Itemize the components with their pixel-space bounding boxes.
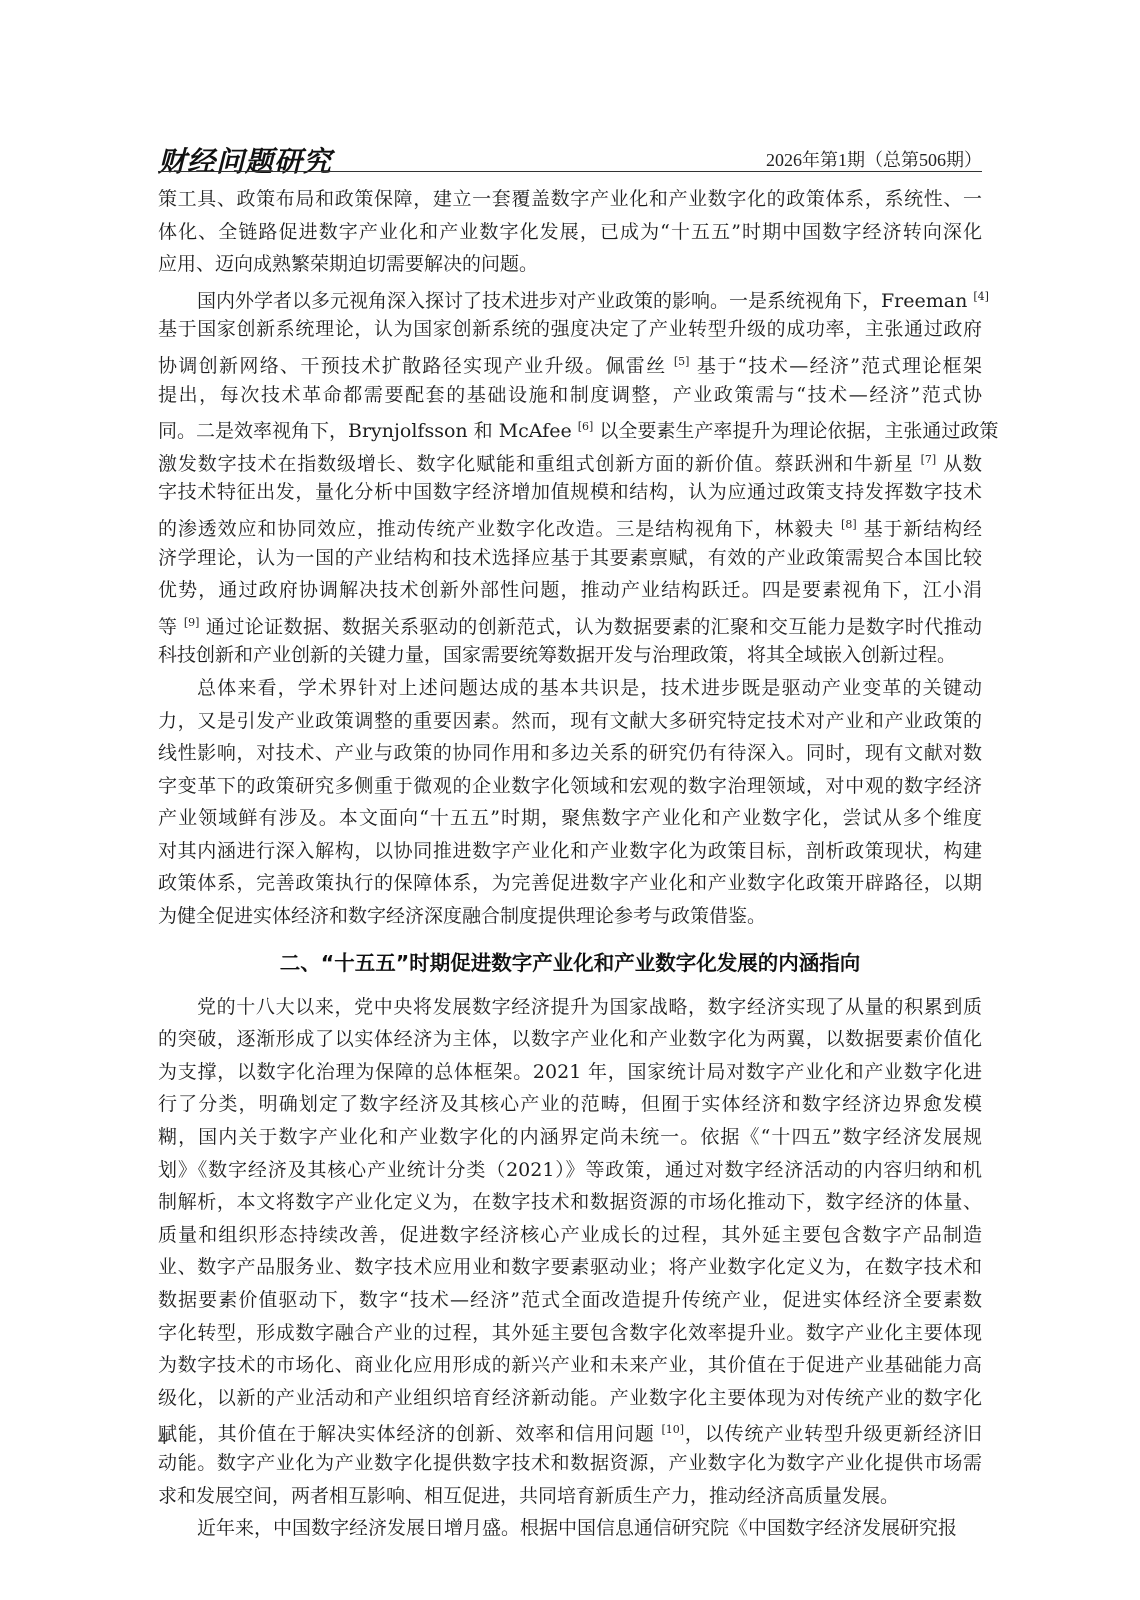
text-line: 字化转型，形成数字融合产业的过程，其外延主要包含数字化效率提升业。数字产业化主要… xyxy=(158,1317,982,1350)
text-line: 科技创新和产业创新的关键力量，国家需要统筹数据开发与治理政策，将其全域嵌入创新过… xyxy=(158,639,982,672)
page-number: 4 xyxy=(158,1428,167,1449)
text-line: 为支撑，以数字化治理为保障的总体框架。2021 年，国家统计局对数字产业化和产业… xyxy=(158,1056,982,1089)
text-line: 为数字技术的市场化、商业化应用形成的新兴产业和未来产业，其价值在于促进产业基础能… xyxy=(158,1349,982,1382)
text-line: 字变革下的政策研究多侧重于微观的企业数字化领域和宏观的数字治理领域，对中观的数字… xyxy=(158,770,982,803)
journal-logo: 财经问题研究 xyxy=(158,140,332,180)
paragraph: 近年来，中国数字经济发展日增月盛。根据中国信息通信研究院《中国数字经济发展研究报 xyxy=(158,1512,982,1545)
text-line: 基于国家创新系统理论，认为国家创新系统的强度决定了产业转型升级的成功率，主张通过… xyxy=(158,313,982,346)
text-line: 行了分类，明确划定了数字经济及其核心产业的范畴，但囿于实体经济和数字经济边界愈发… xyxy=(158,1088,982,1121)
text-line: 国内外学者以多元视角深入探讨了技术进步对产业政策的影响。一是系统视角下，Free… xyxy=(158,281,982,314)
citation-marker: [6] xyxy=(578,420,594,433)
body-text: 策工具、政策布局和政策保障，建立一套覆盖数字产业化和产业数字化的政策体系，系统性… xyxy=(158,183,982,1545)
text-line: 求和发展空间，两者相互影响、相互促进，共同培育新质生产力，推动经济高质量发展。 xyxy=(158,1480,982,1513)
paper-page: 财经问题研究 2026年第1期（总第506期） 策工具、政策布局和政策保障，建立… xyxy=(0,0,1140,1600)
citation-marker: [5] xyxy=(674,355,690,368)
paragraph: 党的十八大以来，党中央将发展数字经济提升为国家战略，数字经济实现了从量的积累到质… xyxy=(158,991,982,1513)
text-line: 激发数字技术在指数级增长、数字化赋能和重组式创新方面的新价值。蔡跃洲和牛新星 [… xyxy=(158,444,982,477)
citation-marker: [8] xyxy=(841,518,857,531)
header-rule xyxy=(158,171,982,172)
citation-marker: [4] xyxy=(973,290,989,303)
paragraph: 策工具、政策布局和政策保障，建立一套覆盖数字产业化和产业数字化的政策体系，系统性… xyxy=(158,183,982,281)
text-line: 级化，以新的产业活动和产业组织培育经济新动能。产业数字化主要体现为对传统产业的数… xyxy=(158,1382,982,1415)
text-line: 策工具、政策布局和政策保障，建立一套覆盖数字产业化和产业数字化的政策体系，系统性… xyxy=(158,183,982,216)
text-line: 线性影响，对技术、产业与政策的协同作用和多边关系的研究仍有待深入。同时，现有文献… xyxy=(158,737,982,770)
text-line: 划》《数字经济及其核心产业统计分类（2021）》等政策，通过对数字经济活动的内容… xyxy=(158,1154,982,1187)
text-line: 的渗透效应和协同效应，推动传统产业数字化改造。三是结构视角下，林毅夫 [8] 基… xyxy=(158,509,982,542)
text-line: 提出，每次技术革命都需要配套的基础设施和制度调整，产业政策需与“技术—经济”范式… xyxy=(158,379,982,412)
paragraph: 国内外学者以多元视角深入探讨了技术进步对产业政策的影响。一是系统视角下，Free… xyxy=(158,281,982,672)
text-line: 体化、全链路促进数字产业化和产业数字化发展，已成为“十五五”时期中国数字经济转向… xyxy=(158,216,982,249)
text-line: 协调创新网络、干预技术扩散路径实现产业升级。佩雷丝 [5] 基于“技术—经济”范… xyxy=(158,346,982,379)
text-line: 政策体系，完善政策执行的保障体系，为完善促进数字产业化和产业数字化政策开辟路径，… xyxy=(158,867,982,900)
citation-marker: [10] xyxy=(661,1423,684,1436)
text-line: 赋能，其价值在于解决实体经济的创新、效率和信用问题 [10]，以传统产业转型升级… xyxy=(158,1414,982,1447)
issue-info: 2026年第1期（总第506期） xyxy=(766,146,982,172)
text-line: 总体来看，学术界针对上述问题达成的基本共识是，技术进步既是驱动产业变革的关键动 xyxy=(158,672,982,705)
text-line: 济学理论，认为一国的产业结构和技术选择应基于其要素禀赋，有效的产业政策需契合本国… xyxy=(158,542,982,575)
section-heading: 二、“十五五”时期促进数字产业化和产业数字化发展的内涵指向 xyxy=(158,937,982,989)
text-line: 制解析，本文将数字产业化定义为，在数字技术和数据资源的市场化推动下，数字经济的体… xyxy=(158,1186,982,1219)
text-line: 产业领域鲜有涉及。本文面向“十五五”时期，聚焦数字产业化和产业数字化，尝试从多个… xyxy=(158,802,982,835)
text-line: 优势，通过政府协调解决技术创新外部性问题，推动产业结构跃迁。四是要素视角下，江小… xyxy=(158,574,982,607)
citation-marker: [7] xyxy=(921,453,937,466)
text-line: 质量和组织形态持续改善，促进数字经济核心产业成长的过程，其外延主要包含数字产品制… xyxy=(158,1219,982,1252)
text-line: 数据要素价值驱动下，数字“技术—经济”范式全面改造提升传统产业，促进实体经济全要… xyxy=(158,1284,982,1317)
citation-marker: [9] xyxy=(184,616,200,629)
text-line: 近年来，中国数字经济发展日增月盛。根据中国信息通信研究院《中国数字经济发展研究报 xyxy=(158,1512,982,1545)
text-line: 为健全促进实体经济和数字经济深度融合制度提供理论参考与政策借鉴。 xyxy=(158,900,982,933)
paragraph: 总体来看，学术界针对上述问题达成的基本共识是，技术进步既是驱动产业变革的关键动力… xyxy=(158,672,982,933)
text-line: 糊，国内关于数字产业化和产业数字化的内涵界定尚未统一。依据《“十四五”数字经济发… xyxy=(158,1121,982,1154)
text-line: 业、数字产品服务业、数字技术应用业和数字要素驱动业；将产业数字化定义为，在数字技… xyxy=(158,1251,982,1284)
text-line: 动能。数字产业化为产业数字化提供数字技术和数据资源，产业数字化为数字产业化提供市… xyxy=(158,1447,982,1480)
text-line: 党的十八大以来，党中央将发展数字经济提升为国家战略，数字经济实现了从量的积累到质 xyxy=(158,991,982,1024)
text-line: 字技术特征出发，量化分析中国数字经济增加值规模和结构，认为应通过政策支持发挥数字… xyxy=(158,476,982,509)
text-line: 的突破，逐渐形成了以实体经济为主体，以数字产业化和产业数字化为两翼，以数据要素价… xyxy=(158,1023,982,1056)
text-line: 力，又是引发产业政策调整的重要因素。然而，现有文献大多研究特定技术对产业和产业政… xyxy=(158,705,982,738)
text-line: 应用、迈向成熟繁荣期迫切需要解决的问题。 xyxy=(158,248,982,281)
text-line: 对其内涵进行深入解构，以协同推进数字产业化和产业数字化为政策目标，剖析政策现状，… xyxy=(158,835,982,868)
text-line: 等 [9] 通过论证数据、数据关系驱动的创新范式，认为数据要素的汇聚和交互能力是… xyxy=(158,607,982,640)
text-line: 同。二是效率视角下，Brynjolfsson 和 McAfee [6] 以全要素… xyxy=(158,411,982,444)
